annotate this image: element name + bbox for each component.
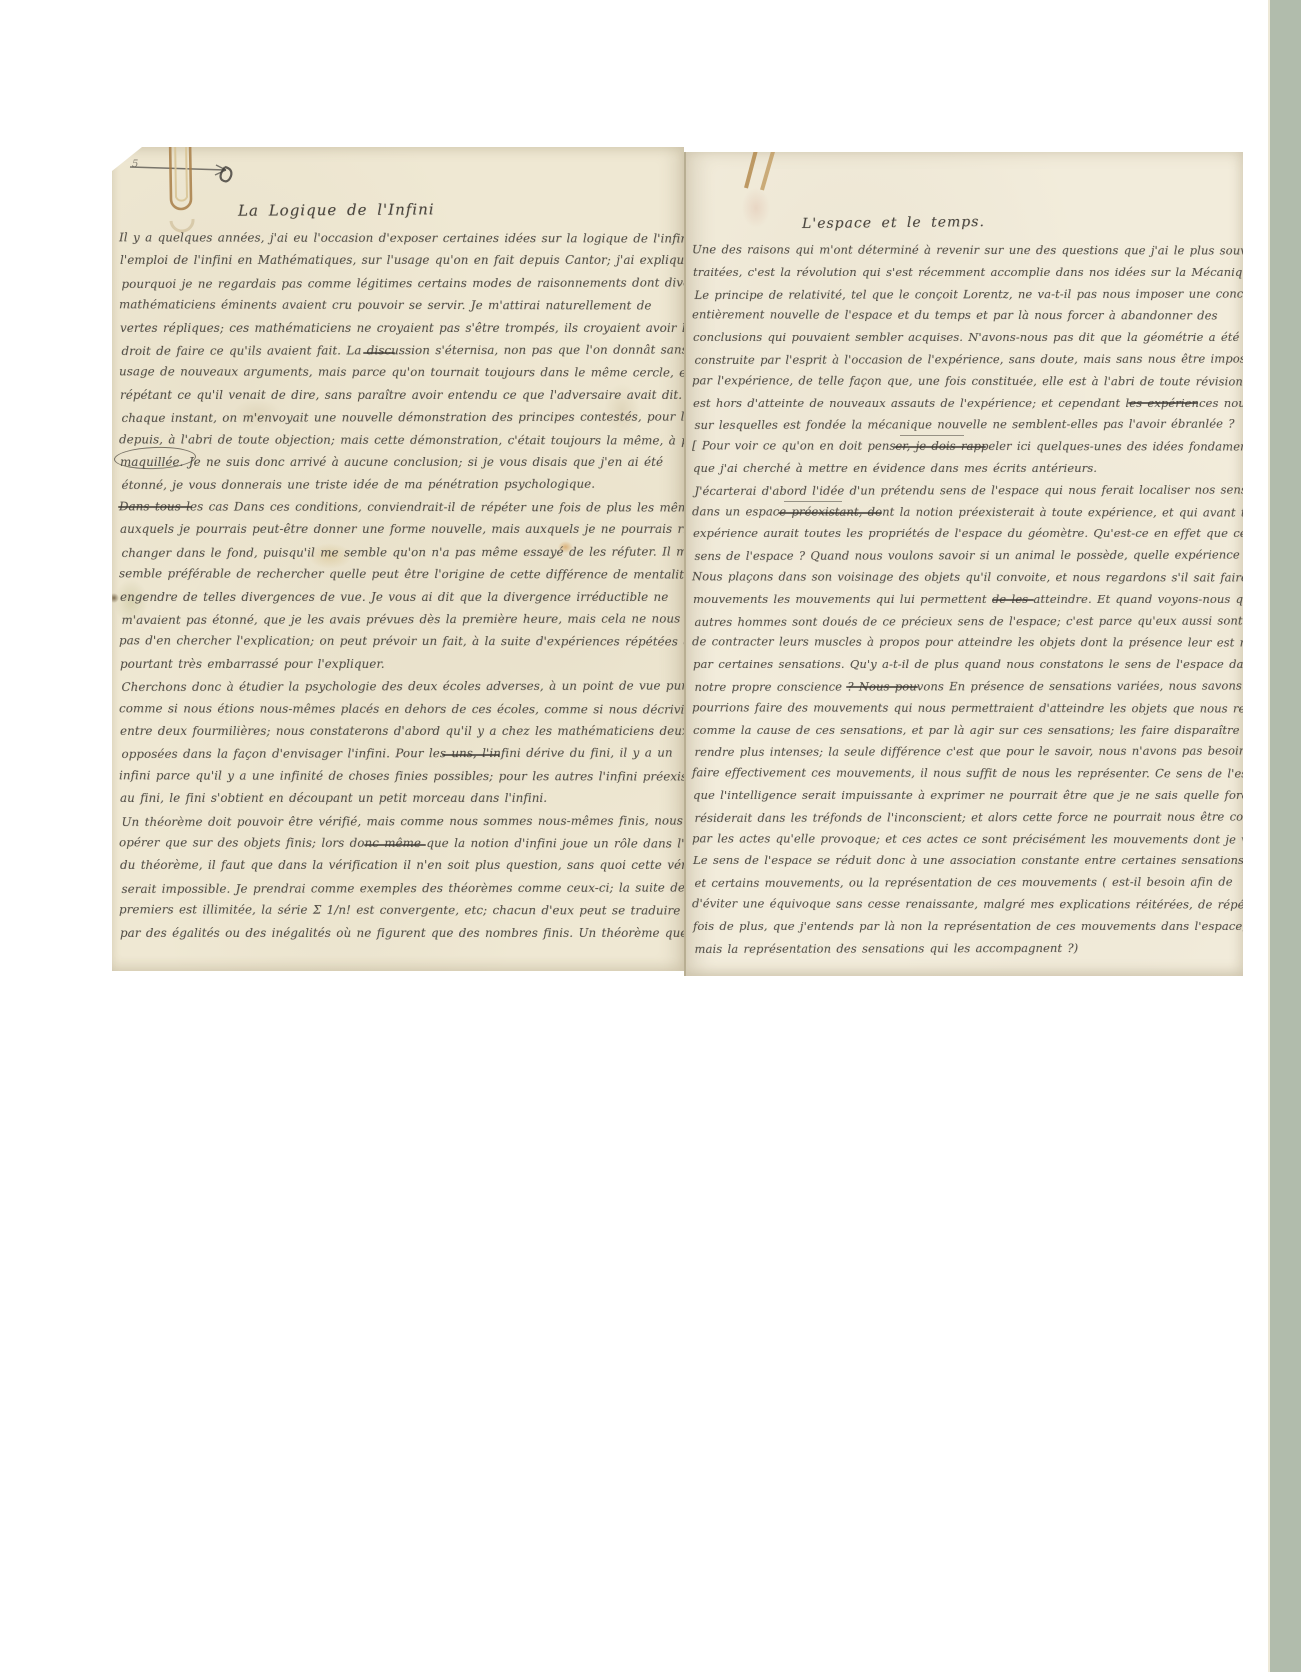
manuscript-line: notre propre conscience ? Nous pouvons E…	[694, 675, 1243, 699]
manuscript-line: usage de nouveaux arguments, mais parce …	[119, 361, 684, 385]
page-title-right: L'espace et le temps.	[802, 214, 985, 232]
page-title-left: La Logique de l'Infini	[238, 200, 435, 219]
manuscript-line: répétant ce qu'il venait de dire, sans p…	[120, 384, 684, 406]
manuscript-line: comme la cause de ces sensations, et par…	[693, 720, 1243, 742]
manuscript-page-left: 5 La Logique de l'Infini Il y	[112, 147, 684, 971]
manuscript-line: m'avaient pas étonné, que je les avais p…	[121, 607, 684, 631]
manuscript-line: par les actes qu'elle provoque; et ces a…	[692, 828, 1243, 851]
manuscript-line: d'éviter une équivoque sans cesse renais…	[692, 893, 1243, 916]
manuscript-line: sur lesquelles est fondée la mécanique n…	[694, 413, 1243, 437]
manuscript-line: entièrement nouvelle de l'espace et du t…	[692, 305, 1243, 328]
manuscript-line: que j'ai cherché à mettre en évidence da…	[693, 458, 1243, 480]
manuscript-line: par certaines sensations. Qu'y a-t-il de…	[693, 654, 1243, 676]
manuscript-line: et certains mouvements, ou la représenta…	[694, 871, 1243, 895]
manuscript-line: pourquoi je ne regardais pas comme légit…	[121, 271, 684, 295]
manuscript-line: mais la représentation des sensations qu…	[694, 937, 1243, 961]
manuscript-line: par des égalités ou des inégalités où ne…	[120, 922, 684, 944]
manuscript-line: pas d'en chercher l'explication; on peut…	[119, 630, 684, 654]
manuscript-line: au fini, le fini s'obtient en découpant …	[120, 787, 684, 809]
manuscript-line: l'emploi de l'infini en Mathématiques, s…	[120, 249, 684, 271]
manuscript-line: vertes répliques; ces mathématiciens ne …	[120, 317, 684, 339]
manuscript-body-right: Une des raisons qui m'ont déterminé à re…	[693, 240, 1243, 959]
manuscript-line: pourtant très embarrassé pour l'explique…	[120, 653, 684, 675]
manuscript-line: de contracter leurs muscles à propos pou…	[692, 632, 1243, 655]
manuscript-line: conclusions qui pouvaient sembler acquis…	[693, 327, 1243, 349]
manuscript-line: comme si nous étions nous-mêmes placés e…	[119, 697, 684, 721]
manuscript-line: mathématiciens éminents avaient cru pouv…	[119, 293, 684, 317]
manuscript-body-left: Il y a quelques années, j'ai eu l'occasi…	[120, 227, 684, 944]
manuscript-line: résiderait dans les tréfonds de l'incons…	[694, 806, 1243, 830]
manuscript-line: engendre de telles divergences de vue. J…	[120, 586, 684, 608]
manuscript-line: opposées dans la façon d'envisager l'inf…	[121, 741, 684, 765]
manuscript-line: droit de faire ce qu'ils avaient fait. L…	[121, 338, 684, 362]
manuscript-line: chaque instant, on m'envoyait une nouvel…	[121, 405, 684, 429]
manuscript-page-right: L'espace et le temps. Une des raisons qu…	[684, 152, 1243, 976]
manuscript-line: construite par l'esprit à l'occasion de …	[694, 348, 1243, 372]
manuscript-line: J'écarterai d'abord l'idée d'un prétendu…	[694, 479, 1243, 503]
manuscript-line: sens de l'espace ? Quand nous voulons sa…	[694, 544, 1243, 568]
manuscript-line: maquillée. Je ne suis donc arrivé à aucu…	[120, 451, 684, 473]
manuscript-line: Cherchons donc à étudier la psychologie …	[121, 674, 684, 698]
manuscript-line: par l'expérience, de telle façon que, un…	[692, 370, 1243, 393]
manuscript-line: opérer que sur des objets finis; lors do…	[119, 831, 684, 855]
manuscript-line: pourrions faire des mouvements qui nous …	[692, 697, 1243, 720]
manuscript-line: dans un espace préexistant, dont la noti…	[692, 501, 1243, 524]
manuscript-line: fois de plus, que j'entends par là non l…	[693, 916, 1243, 938]
manuscript-line: rendre plus intenses; la seule différenc…	[694, 740, 1243, 764]
right-accent-bar	[1268, 0, 1301, 1672]
manuscript-line: [ Pour voir ce qu'on en doit penser, je …	[692, 435, 1243, 458]
manuscript-line: mouvements les mouvements qui lui permet…	[693, 589, 1243, 611]
paper-stain	[742, 188, 770, 228]
manuscript-line: Nous plaçons dans son voisinage des obje…	[692, 566, 1243, 589]
manuscript-line: depuis, à l'abri de toute objection; mai…	[119, 428, 684, 452]
manuscript-line: premiers est illimitée, la série Σ 1/n! …	[119, 898, 684, 922]
manuscript-line: entre deux fourmilières; nous constatero…	[120, 720, 684, 742]
manuscript-line: est hors d'atteinte de nouveaux assauts …	[693, 393, 1243, 415]
manuscript-line: traitées, c'est la révolution qui s'est …	[693, 262, 1243, 284]
manuscript-line: Le principe de relativité, tel que le co…	[694, 283, 1243, 307]
manuscript-line: Dans tous les cas Dans ces conditions, c…	[119, 495, 684, 519]
manuscript-line: expérience aurait toutes les propriétés …	[693, 523, 1243, 545]
manuscript-line: infini parce qu'il y a une infinité de c…	[119, 764, 684, 788]
manuscript-line: autres hommes sont doués de ce précieux …	[694, 610, 1243, 634]
manuscript-line: Une des raisons qui m'ont déterminé à re…	[692, 239, 1243, 262]
manuscript-line: changer dans le fond, puisqu'il me sembl…	[121, 540, 684, 564]
manuscript-line: étonné, je vous donnerais une triste idé…	[121, 473, 684, 497]
manuscript-line: faire effectivement ces mouvements, il n…	[692, 762, 1243, 785]
manuscript-line: semble préférable de rechercher quelle p…	[119, 562, 684, 586]
manuscript-line: Un théorème doit pouvoir être vérifié, m…	[121, 809, 684, 833]
manuscript-line: serait impossible. Je prendrai comme exe…	[121, 876, 684, 900]
manuscript-line: Le sens de l'espace se réduit donc à une…	[693, 850, 1243, 872]
manuscript-line: Il y a quelques années, j'ai eu l'occasi…	[119, 226, 684, 250]
manuscript-line: auxquels je pourrais peut-être donner un…	[120, 518, 684, 540]
manuscript-line: du théorème, il faut que dans la vérific…	[120, 854, 684, 876]
manuscript-line: que l'intelligence serait impuissante à …	[693, 785, 1243, 807]
scan-background: 5 La Logique de l'Infini Il y	[0, 0, 1301, 1672]
